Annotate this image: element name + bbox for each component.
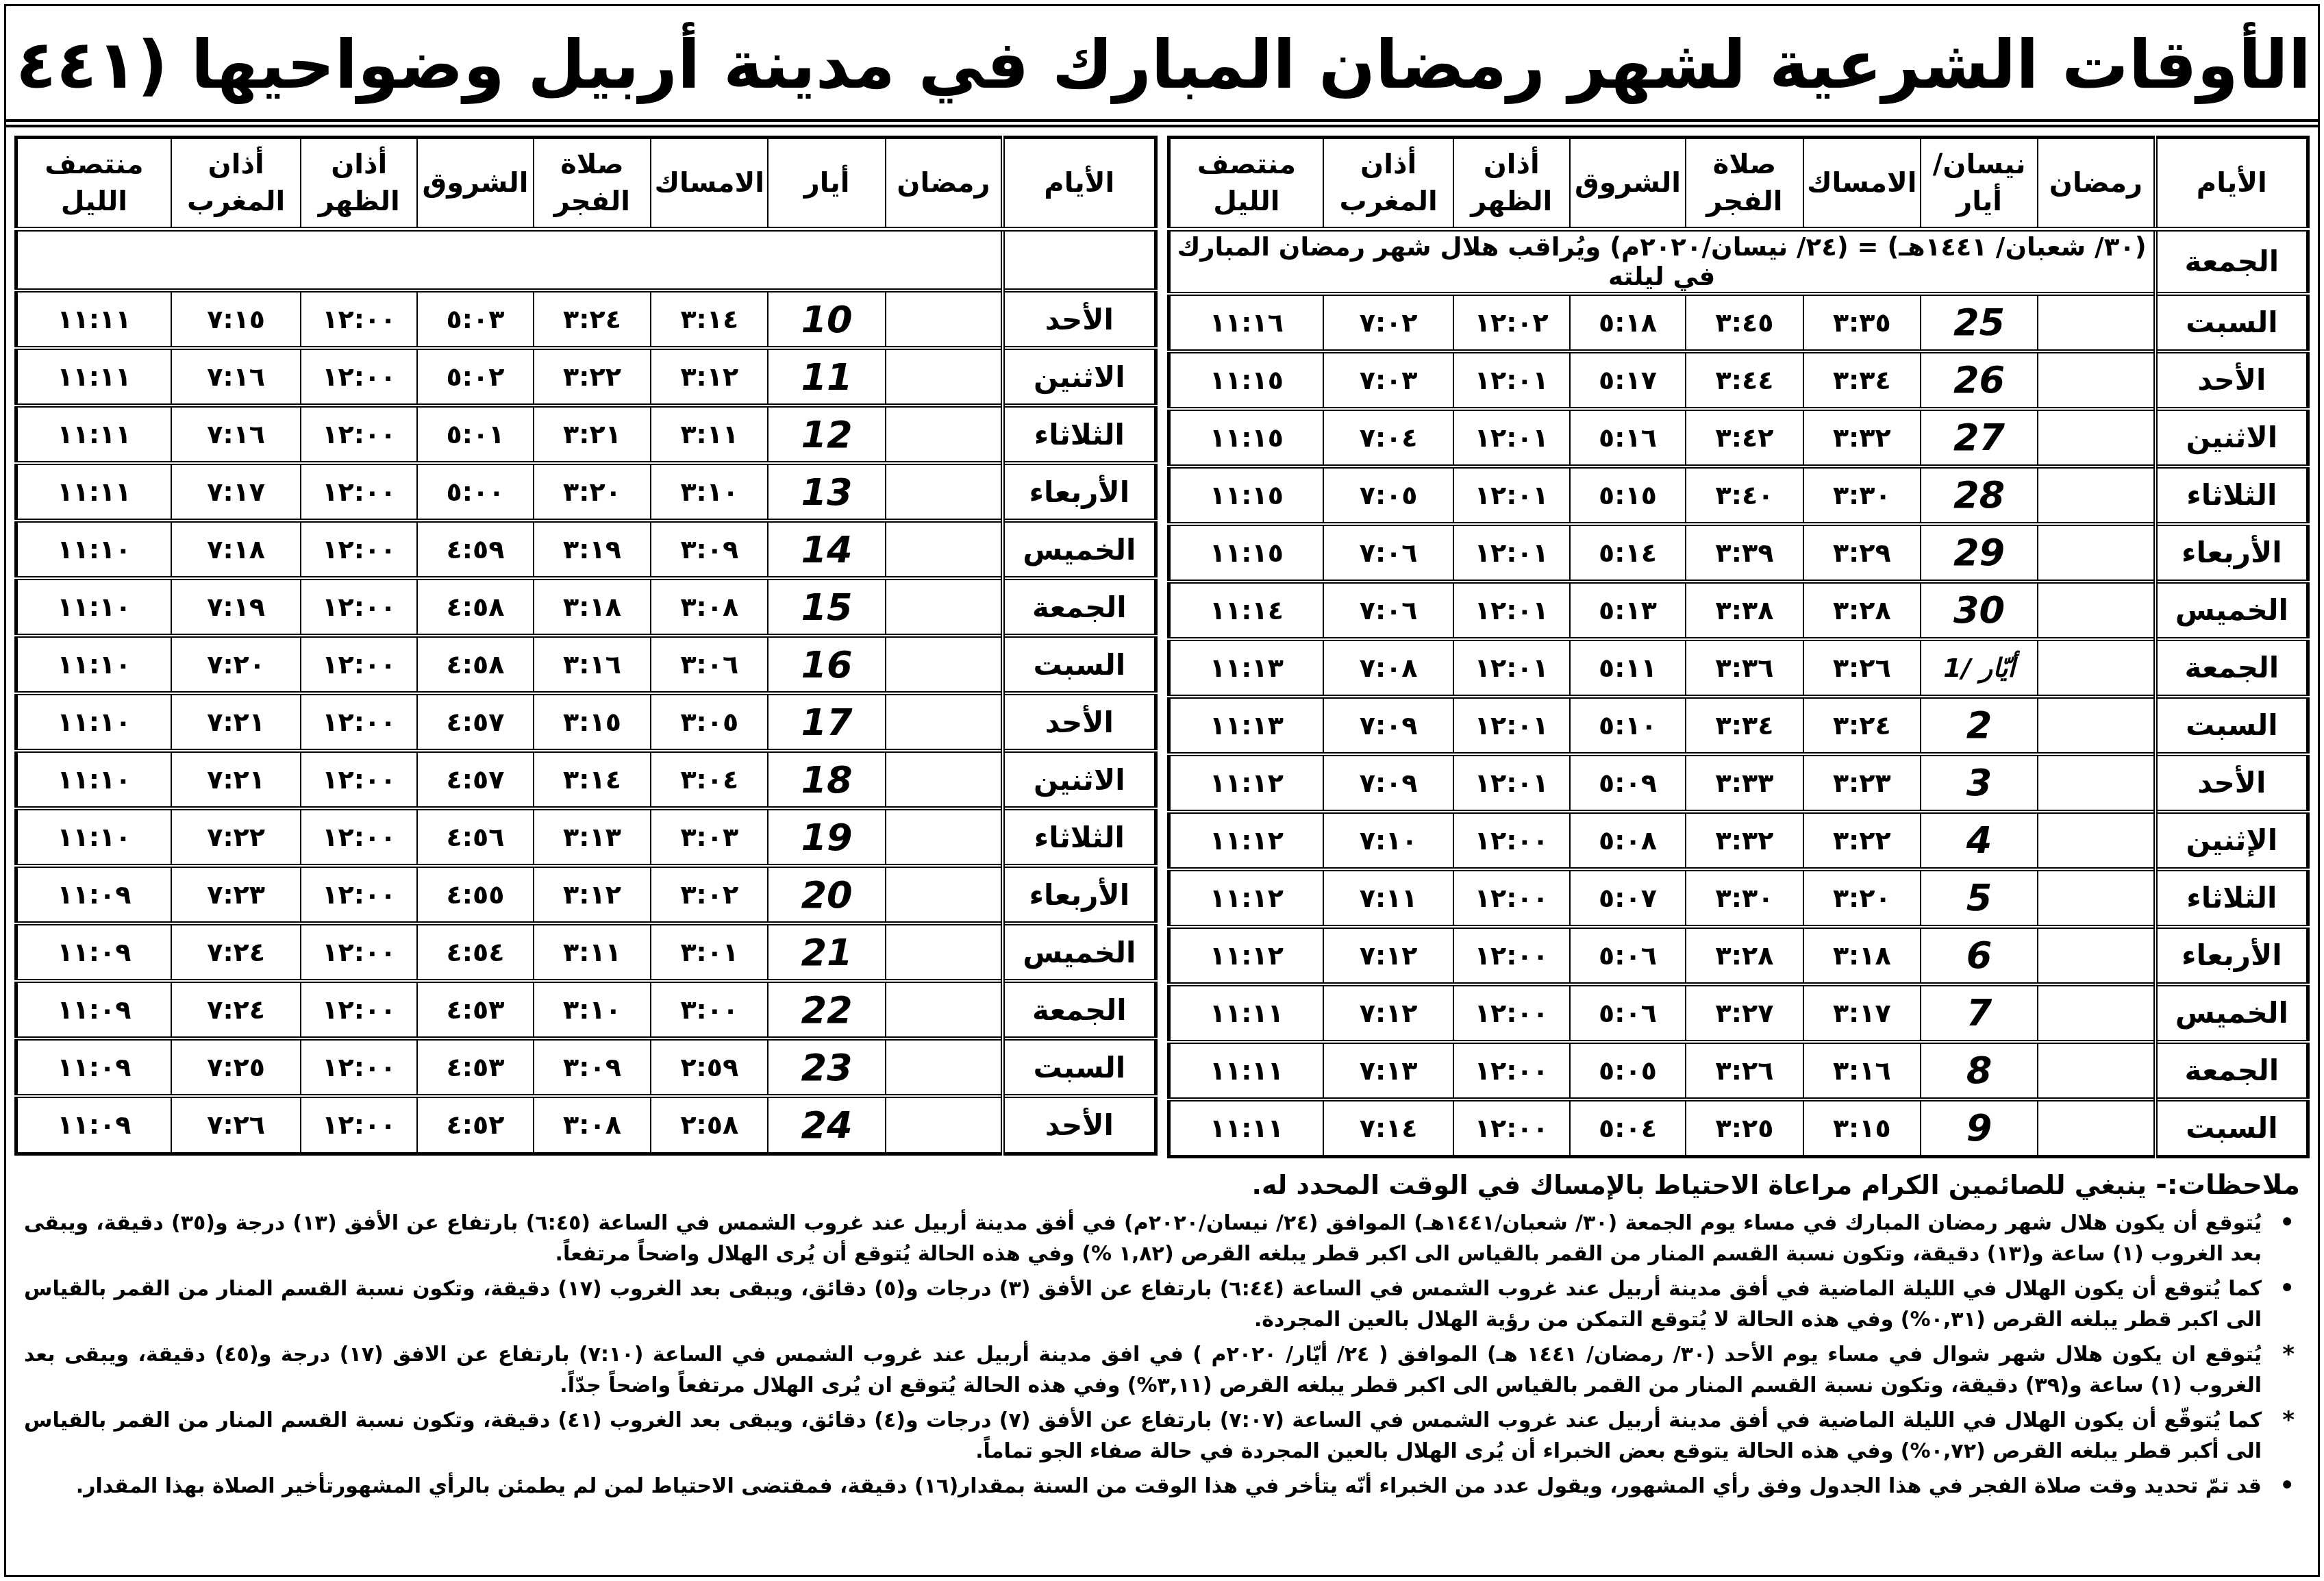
cell-midnight: ١١:١٢ [1169, 869, 1323, 927]
cell-fajr: ٣:١١ [534, 923, 651, 981]
cell-day: الجمعة [2156, 1042, 2308, 1099]
second-half-wrap: الأيامرمضانأيارالامساكصلاة الفجرالشروقأذ… [14, 136, 1158, 1156]
cell-imsak: ٣:٢٩ [1803, 524, 1921, 582]
cell-fajr: ٣:٤٢ [1686, 409, 1803, 466]
cell-maghrib: ٧:٢١ [171, 693, 301, 751]
cell-sunrise: ٤:٥٤ [417, 923, 534, 981]
cell-imsak: ٣:٠٢ [651, 866, 768, 923]
cell-date: 16 [768, 636, 885, 693]
cell-date: 28 [1921, 466, 2038, 524]
table-row: الثلاثاء5٣:٢٠٣:٣٠٥:٠٧١٢:٠٠٧:١١١١:١٢ [1169, 869, 2308, 927]
cell-fajr: ٣:٤٠ [1686, 466, 1803, 524]
cell-sunrise: ٥:٠٦ [1570, 984, 1686, 1042]
cell-midnight: ١١:١١ [1169, 984, 1323, 1042]
cell-sunrise: ٥:٠١ [417, 406, 534, 463]
cell-dhuhr: ١٢:٠٢ [1453, 294, 1570, 351]
cell-ramadan [886, 981, 1003, 1038]
cell-day: الثلاثاء [2156, 869, 2308, 927]
cell-fajr: ٣:٢٦ [1686, 1042, 1803, 1099]
cell-imsak: ٣:١٤ [651, 290, 768, 348]
cell-dhuhr: ١٢:٠٠ [301, 808, 417, 866]
table-row: الخميس14٣:٠٩٣:١٩٤:٥٩١٢:٠٠٧:١٨١١:١٠ [16, 521, 1156, 578]
cell-day: الأربعاء [2156, 524, 2308, 582]
cell-imsak: ٣:٢٨ [1803, 582, 1921, 639]
cell-ramadan [2038, 582, 2155, 639]
col-header-fajr: صلاة الفجر [1686, 137, 1803, 229]
table-row: الأحد10٣:١٤٣:٢٤٥:٠٣١٢:٠٠٧:١٥١١:١١ [16, 290, 1156, 348]
cell-day [1003, 229, 1155, 290]
bullet-marker: • [2279, 1273, 2295, 1304]
table-row: الاثنين27٣:٣٢٣:٤٢٥:١٦١٢:٠١٧:٠٤١١:١٥ [1169, 409, 2308, 466]
cell-ramadan [886, 808, 1003, 866]
table-row: الأحد3٣:٢٣٣:٣٣٥:٠٩١٢:٠١٧:٠٩١١:١٢ [1169, 754, 2308, 812]
cell-dhuhr: ١٢:٠٠ [301, 290, 417, 348]
col-header-dhuhr: أذان الظهر [301, 137, 417, 229]
cell-date: 22 [768, 981, 885, 1038]
col-header-day: الأيام [2156, 137, 2308, 229]
cell-midnight: ١١:١٠ [16, 693, 171, 751]
cell-maghrib: ٧:٠٨ [1323, 639, 1453, 697]
cell-sunrise: ٤:٥٨ [417, 578, 534, 636]
cell-midnight: ١١:١٢ [1169, 927, 1323, 984]
cell-dhuhr: ١٢:٠٠ [301, 923, 417, 981]
cell-imsak: ٣:٠٦ [651, 636, 768, 693]
cell-day: الاثنين [1003, 751, 1155, 808]
cell-imsak: ٣:٠١ [651, 923, 768, 981]
cell-date: 29 [1921, 524, 2038, 582]
table-row: الاثنين11٣:١٢٣:٢٢٥:٠٢١٢:٠٠٧:١٦١١:١١ [16, 348, 1156, 406]
cell-dhuhr: ١٢:٠٠ [1453, 1099, 1570, 1157]
cell-midnight: ١١:١٢ [1169, 754, 1323, 812]
first-half-table: الأيامرمضاننيسان/ أيارالامساكصلاة الفجرا… [1167, 136, 2310, 1159]
cell-fajr: ٣:٢٥ [1686, 1099, 1803, 1157]
cell-maghrib: ٧:٠٤ [1323, 409, 1453, 466]
cell-midnight: ١١:١١ [16, 463, 171, 521]
cell-maghrib: ٧:٠٩ [1323, 697, 1453, 754]
cell-day: الأحد [1003, 1096, 1155, 1154]
col-header-sunrise: الشروق [1570, 137, 1686, 229]
cell-fajr: ٣:٤٥ [1686, 294, 1803, 351]
cell-maghrib: ٧:٠٦ [1323, 524, 1453, 582]
col-header-dhuhr: أذان الظهر [1453, 137, 1570, 229]
cell-ramadan [886, 521, 1003, 578]
cell-imsak: ٣:٢٣ [1803, 754, 1921, 812]
col-header-imsak: الامساك [651, 137, 768, 229]
table-row: السبت2٣:٢٤٣:٣٤٥:١٠١٢:٠١٧:٠٩١١:١٣ [1169, 697, 2308, 754]
cell-day: السبت [1003, 636, 1155, 693]
cell-midnight: ١١:١٣ [1169, 697, 1323, 754]
cell-ramadan [886, 751, 1003, 808]
document-frame: الأوقات الشرعية لشهر رمضان المبارك في مد… [4, 4, 2320, 1577]
cell-fajr: ٣:٣٤ [1686, 697, 1803, 754]
bullet-marker: • [2279, 1471, 2295, 1501]
cell-imsak: ٣:٣٥ [1803, 294, 1921, 351]
cell-dhuhr: ١٢:٠٠ [301, 1096, 417, 1154]
cell-day: الخميس [2156, 984, 2308, 1042]
cell-dhuhr: ١٢:٠٠ [1453, 812, 1570, 869]
cell-date: 30 [1921, 582, 2038, 639]
cell-midnight: ١١:١٢ [1169, 812, 1323, 869]
cell-midnight: ١١:١١ [1169, 1042, 1323, 1099]
cell-ramadan [2038, 812, 2155, 869]
cell-sunrise: ٥:١٧ [1570, 351, 1686, 409]
cell-date: 2 [1921, 697, 2038, 754]
cell-midnight: ١١:١١ [16, 290, 171, 348]
cell-fajr: ٣:١٩ [534, 521, 651, 578]
cell-midnight: ١١:١١ [16, 348, 171, 406]
cell-day: الأربعاء [2156, 927, 2308, 984]
col-header-sunrise: الشروق [417, 137, 534, 229]
cell-maghrib: ٧:٢٢ [171, 808, 301, 866]
cell-sunrise: ٤:٥٨ [417, 636, 534, 693]
title-bar: الأوقات الشرعية لشهر رمضان المبارك في مد… [6, 6, 2318, 127]
cell-ramadan [2038, 639, 2155, 697]
cell-imsak: ٣:٣٠ [1803, 466, 1921, 524]
col-header-fajr: صلاة الفجر [534, 137, 651, 229]
cell-midnight: ١١:١٠ [16, 521, 171, 578]
cell-date: 23 [768, 1038, 885, 1096]
note-item-2: •كما يُتوقع أن يكون الهلال في الليلة الم… [24, 1273, 2300, 1335]
col-header-date: نيسان/ أيار [1921, 137, 2038, 229]
timetables: الأيامرمضاننيسان/ أيارالامساكصلاة الفجرا… [14, 136, 2310, 1159]
cell-midnight: ١١:١٠ [16, 578, 171, 636]
cell-sunrise: ٤:٥٧ [417, 751, 534, 808]
cell-maghrib: ٧:١٥ [171, 290, 301, 348]
cell-maghrib: ٧:٠٣ [1323, 351, 1453, 409]
cell-date: 17 [768, 693, 885, 751]
note-item-1: •يُتوقع أن يكون هلال شهر رمضان المبارك ف… [24, 1208, 2300, 1269]
cell-imsak: ٣:٠٤ [651, 751, 768, 808]
cell-fajr: ٣:٣٢ [1686, 812, 1803, 869]
hilal-note-row: الجمعة(٣٠/ شعبان/ ١٤٤١هـ) = (٢٤/ نيسان/٢… [1169, 229, 2308, 294]
cell-ramadan [886, 290, 1003, 348]
cell-maghrib: ٧:٢٤ [171, 923, 301, 981]
cell-day: الثلاثاء [1003, 808, 1155, 866]
notes-label: ملاحظات:- [2156, 1169, 2300, 1201]
cell-maghrib: ٧:١٢ [1323, 927, 1453, 984]
cell-imsak: ٢:٥٩ [651, 1038, 768, 1096]
notes-heading: ملاحظات:- ينبغي للصائمين الكرام مراعاة ا… [24, 1169, 2300, 1201]
cell-imsak: ٣:٣٤ [1803, 351, 1921, 409]
bullet-marker: • [2279, 1208, 2295, 1238]
note-item-3: *يُتوقع ان يكون هلال شهر شوال في مساء يو… [24, 1339, 2300, 1401]
cell-ramadan [2038, 524, 2155, 582]
cell-date: 19 [768, 808, 885, 866]
cell-maghrib: ٧:٢١ [171, 751, 301, 808]
cell-date: 26 [1921, 351, 2038, 409]
cell-dhuhr: ١٢:٠٠ [301, 406, 417, 463]
table-row: الجمعة1/ أيّار٣:٢٦٣:٣٦٥:١١١٢:٠١٧:٠٨١١:١٣ [1169, 639, 2308, 697]
cell-imsak: ٣:٠٥ [651, 693, 768, 751]
cell-ramadan [2038, 466, 2155, 524]
table-row: الثلاثاء28٣:٣٠٣:٤٠٥:١٥١٢:٠١٧:٠٥١١:١٥ [1169, 466, 2308, 524]
cell-sunrise: ٥:٠٥ [1570, 1042, 1686, 1099]
cell-midnight: ١١:٠٩ [16, 1096, 171, 1154]
cell-fajr: ٣:٣٣ [1686, 754, 1803, 812]
cell-day: الإثنين [2156, 812, 2308, 869]
cell-sunrise: ٥:٠٤ [1570, 1099, 1686, 1157]
cell-dhuhr: ١٢:٠٠ [1453, 1042, 1570, 1099]
cell-midnight: ١١:١٥ [1169, 524, 1323, 582]
cell-imsak: ٣:١١ [651, 406, 768, 463]
cell-midnight: ١١:١١ [1169, 1099, 1323, 1157]
cell-fajr: ٣:١٨ [534, 578, 651, 636]
cell-dhuhr: ١٢:٠٠ [301, 348, 417, 406]
table-row: الأحد24٢:٥٨٣:٠٨٤:٥٢١٢:٠٠٧:٢٦١١:٠٩ [16, 1096, 1156, 1154]
cell-ramadan [886, 1096, 1003, 1154]
cell-maghrib: ٧:١٦ [171, 406, 301, 463]
cell-day: الأحد [1003, 290, 1155, 348]
cell-imsak: ٣:٣٢ [1803, 409, 1921, 466]
cell-date: 11 [768, 348, 885, 406]
cell-date: 15 [768, 578, 885, 636]
cell-fajr: ٣:١٢ [534, 866, 651, 923]
cell-fajr: ٣:٤٤ [1686, 351, 1803, 409]
cell-fajr: ٣:١٥ [534, 693, 651, 751]
cell-sunrise: ٥:١١ [1570, 639, 1686, 697]
cell-fajr: ٣:٢١ [534, 406, 651, 463]
cell-imsak: ٣:٢٤ [1803, 697, 1921, 754]
cell-maghrib: ٧:١٢ [1323, 984, 1453, 1042]
col-header-day: الأيام [1003, 137, 1155, 229]
cell-ramadan [886, 578, 1003, 636]
cell-ramadan [886, 923, 1003, 981]
cell-fajr: ٣:١٤ [534, 751, 651, 808]
cell-ramadan [886, 693, 1003, 751]
cell-dhuhr: ١٢:٠١ [1453, 639, 1570, 697]
cell-sunrise: ٥:٠٨ [1570, 812, 1686, 869]
cell-fajr: ٣:٢٨ [1686, 927, 1803, 984]
cell-dhuhr: ١٢:٠١ [1453, 351, 1570, 409]
cell-midnight: ١١:١٠ [16, 751, 171, 808]
cell-fajr: ٣:٠٩ [534, 1038, 651, 1096]
cell-ramadan [2038, 984, 2155, 1042]
cell-maghrib: ٧:١٦ [171, 348, 301, 406]
cell-imsak: ٣:١٧ [1803, 984, 1921, 1042]
cell-sunrise: ٤:٥٧ [417, 693, 534, 751]
cell-maghrib: ٧:١٨ [171, 521, 301, 578]
cell-imsak: ٢:٥٨ [651, 1096, 768, 1154]
col-header-date: أيار [768, 137, 885, 229]
cell-fajr: ٣:٣٩ [1686, 524, 1803, 582]
cell-day: الجمعة [1003, 981, 1155, 1038]
cell-day: السبت [2156, 294, 2308, 351]
table-row: السبت16٣:٠٦٣:١٦٤:٥٨١٢:٠٠٧:٢٠١١:١٠ [16, 636, 1156, 693]
cell-maghrib: ٧:١١ [1323, 869, 1453, 927]
cell-dhuhr: ١٢:٠٠ [301, 636, 417, 693]
cell-imsak: ٣:١٠ [651, 463, 768, 521]
col-header-midnight: منتصف الليل [1169, 137, 1323, 229]
hilal-note-row [16, 229, 1156, 290]
cell-date: 6 [1921, 927, 2038, 984]
table-row: الجمعة22٣:٠٠٣:١٠٤:٥٣١٢:٠٠٧:٢٤١١:٠٩ [16, 981, 1156, 1038]
cell-maghrib: ٧:٠٥ [1323, 466, 1453, 524]
cell-sunrise: ٤:٥٣ [417, 1038, 534, 1096]
note-text: كما يُتوقّع أن يكون الهلال في الليلة الم… [24, 1408, 2262, 1463]
hilal-note-text [16, 229, 1003, 290]
cell-sunrise: ٤:٥٥ [417, 866, 534, 923]
cell-sunrise: ٤:٥٩ [417, 521, 534, 578]
cell-sunrise: ٥:١٤ [1570, 524, 1686, 582]
cell-day: الثلاثاء [2156, 466, 2308, 524]
page-title: الأوقات الشرعية لشهر رمضان المبارك في مد… [13, 17, 2311, 114]
note-text: يُتوقع أن يكون هلال شهر رمضان المبارك في… [24, 1211, 2262, 1266]
table-row: الجمعة8٣:١٦٣:٢٦٥:٠٥١٢:٠٠٧:١٣١١:١١ [1169, 1042, 2308, 1099]
cell-day: السبت [2156, 697, 2308, 754]
cell-date: 5 [1921, 869, 2038, 927]
cell-ramadan [2038, 754, 2155, 812]
cell-date: 24 [768, 1096, 885, 1154]
cell-ramadan [886, 463, 1003, 521]
cell-day: الخميس [1003, 521, 1155, 578]
notes-list: •يُتوقع أن يكون هلال شهر رمضان المبارك ف… [24, 1208, 2300, 1502]
cell-maghrib: ٧:٠٦ [1323, 582, 1453, 639]
cell-ramadan [886, 406, 1003, 463]
cell-day: الأحد [2156, 754, 2308, 812]
cell-dhuhr: ١٢:٠٠ [1453, 869, 1570, 927]
cell-midnight: ١١:٠٩ [16, 923, 171, 981]
cell-day: الاثنين [2156, 409, 2308, 466]
cell-dhuhr: ١٢:٠١ [1453, 409, 1570, 466]
col-header-ramadan: رمضان [886, 137, 1003, 229]
cell-midnight: ١١:١٠ [16, 636, 171, 693]
header-row: الأيامرمضانأيارالامساكصلاة الفجرالشروقأذ… [16, 137, 1156, 229]
cell-imsak: ٣:٠٩ [651, 521, 768, 578]
cell-maghrib: ٧:٠٩ [1323, 754, 1453, 812]
cell-midnight: ١١:١٣ [1169, 639, 1323, 697]
cell-day: الخميس [2156, 582, 2308, 639]
cell-ramadan [2038, 869, 2155, 927]
note-item-4: *كما يُتوقّع أن يكون الهلال في الليلة ال… [24, 1405, 2300, 1467]
cell-sunrise: ٥:١٥ [1570, 466, 1686, 524]
table-row: الإثنين4٣:٢٢٣:٣٢٥:٠٨١٢:٠٠٧:١٠١١:١٢ [1169, 812, 2308, 869]
cell-maghrib: ٧:١٧ [171, 463, 301, 521]
col-header-maghrib: أذان المغرب [1323, 137, 1453, 229]
cell-maghrib: ٧:١٩ [171, 578, 301, 636]
table-row: الأربعاء20٣:٠٢٣:١٢٤:٥٥١٢:٠٠٧:٢٣١١:٠٩ [16, 866, 1156, 923]
cell-dhuhr: ١٢:٠٠ [301, 751, 417, 808]
cell-dhuhr: ١٢:٠٠ [1453, 984, 1570, 1042]
cell-date: 13 [768, 463, 885, 521]
cell-dhuhr: ١٢:٠٠ [1453, 927, 1570, 984]
cell-dhuhr: ١٢:٠٠ [301, 693, 417, 751]
header-row: الأيامرمضاننيسان/ أيارالامساكصلاة الفجرا… [1169, 137, 2308, 229]
table-row: الأربعاء29٣:٢٩٣:٣٩٥:١٤١٢:٠١٧:٠٦١١:١٥ [1169, 524, 2308, 582]
cell-day: الجمعة [1003, 578, 1155, 636]
table-row: الخميس30٣:٢٨٣:٣٨٥:١٣١٢:٠١٧:٠٦١١:١٤ [1169, 582, 2308, 639]
cell-day: السبت [2156, 1099, 2308, 1157]
cell-date: 27 [1921, 409, 2038, 466]
cell-midnight: ١١:١٦ [1169, 294, 1323, 351]
cell-imsak: ٣:٢٢ [1803, 812, 1921, 869]
cell-maghrib: ٧:٢٦ [171, 1096, 301, 1154]
cell-imsak: ٣:٢٦ [1803, 639, 1921, 697]
cell-maghrib: ٧:١٣ [1323, 1042, 1453, 1099]
cell-midnight: ١١:١١ [16, 406, 171, 463]
cell-date: 20 [768, 866, 885, 923]
table-row: الخميس7٣:١٧٣:٢٧٥:٠٦١٢:٠٠٧:١٢١١:١١ [1169, 984, 2308, 1042]
cell-fajr: ٣:١٠ [534, 981, 651, 1038]
cell-sunrise: ٥:١٨ [1570, 294, 1686, 351]
cell-date: 21 [768, 923, 885, 981]
cell-ramadan [886, 866, 1003, 923]
note-text: كما يُتوقع أن يكون الهلال في الليلة الما… [24, 1277, 2262, 1332]
cell-ramadan [2038, 927, 2155, 984]
cell-sunrise: ٤:٥٣ [417, 981, 534, 1038]
cell-maghrib: ٧:٠٢ [1323, 294, 1453, 351]
cell-imsak: ٣:١٨ [1803, 927, 1921, 984]
hilal-note-text: (٣٠/ شعبان/ ١٤٤١هـ) = (٢٤/ نيسان/٢٠٢٠م) … [1169, 229, 2156, 294]
cell-day: الجمعة [2156, 639, 2308, 697]
cell-day: السبت [1003, 1038, 1155, 1096]
note-text: قد تمّ تحديد وقت صلاة الفجر في هذا الجدو… [76, 1474, 2262, 1498]
table-row: السبت23٢:٥٩٣:٠٩٤:٥٣١٢:٠٠٧:٢٥١١:٠٩ [16, 1038, 1156, 1096]
note-item-5: •قد تمّ تحديد وقت صلاة الفجر في هذا الجد… [24, 1471, 2300, 1502]
cell-imsak: ٣:٠٨ [651, 578, 768, 636]
cell-fajr: ٣:٢٧ [1686, 984, 1803, 1042]
table-row: السبت25٣:٣٥٣:٤٥٥:١٨١٢:٠٢٧:٠٢١١:١٦ [1169, 294, 2308, 351]
table-row: السبت9٣:١٥٣:٢٥٥:٠٤١٢:٠٠٧:١٤١١:١١ [1169, 1099, 2308, 1157]
table-row: الخميس21٣:٠١٣:١١٤:٥٤١٢:٠٠٧:٢٤١١:٠٩ [16, 923, 1156, 981]
cell-fajr: ٣:٣٦ [1686, 639, 1803, 697]
table-row: الثلاثاء19٣:٠٣٣:١٣٤:٥٦١٢:٠٠٧:٢٢١١:١٠ [16, 808, 1156, 866]
cell-ramadan [886, 348, 1003, 406]
cell-ramadan [2038, 1042, 2155, 1099]
cell-date: 18 [768, 751, 885, 808]
cell-fajr: ٣:٠٨ [534, 1096, 651, 1154]
cell-dhuhr: ١٢:٠٠ [301, 578, 417, 636]
cell-date: 3 [1921, 754, 2038, 812]
cell-fajr: ٣:٢٤ [534, 290, 651, 348]
cell-midnight: ١١:٠٩ [16, 981, 171, 1038]
cell-ramadan [2038, 1099, 2155, 1157]
cell-fajr: ٣:٣٨ [1686, 582, 1803, 639]
note-text: يُتوقع ان يكون هلال شهر شوال في مساء يوم… [24, 1343, 2262, 1397]
cell-date: 9 [1921, 1099, 2038, 1157]
cell-sunrise: ٥:٠٢ [417, 348, 534, 406]
col-header-imsak: الامساك [1803, 137, 1921, 229]
cell-sunrise: ٥:٠٣ [417, 290, 534, 348]
cell-dhuhr: ١٢:٠٠ [301, 981, 417, 1038]
cell-day: الاثنين [1003, 348, 1155, 406]
cell-date: 8 [1921, 1042, 2038, 1099]
table-row: الثلاثاء12٣:١١٣:٢١٥:٠١١٢:٠٠٧:١٦١١:١١ [16, 406, 1156, 463]
cell-sunrise: ٥:١٦ [1570, 409, 1686, 466]
cell-date: 12 [768, 406, 885, 463]
cell-date: 7 [1921, 984, 2038, 1042]
cell-fajr: ٣:١٦ [534, 636, 651, 693]
cell-day: الجمعة [2156, 229, 2308, 294]
cell-ramadan [2038, 351, 2155, 409]
cell-dhuhr: ١٢:٠٠ [301, 463, 417, 521]
cell-midnight: ١١:١٤ [1169, 582, 1323, 639]
cell-dhuhr: ١٢:٠١ [1453, 754, 1570, 812]
cell-ramadan [2038, 409, 2155, 466]
cell-day: الأحد [2156, 351, 2308, 409]
cell-fajr: ٣:٢٠ [534, 463, 651, 521]
cell-maghrib: ٧:٢٠ [171, 636, 301, 693]
cell-midnight: ١١:١٠ [16, 808, 171, 866]
cell-date: 4 [1921, 812, 2038, 869]
cell-maghrib: ٧:٢٥ [171, 1038, 301, 1096]
cell-sunrise: ٥:١٠ [1570, 697, 1686, 754]
cell-maghrib: ٧:١٤ [1323, 1099, 1453, 1157]
cell-date: 1/ أيّار [1921, 639, 2038, 697]
cell-day: الأربعاء [1003, 463, 1155, 521]
cell-dhuhr: ١٢:٠١ [1453, 582, 1570, 639]
first-half-wrap: الأيامرمضاننيسان/ أيارالامساكصلاة الفجرا… [1167, 136, 2310, 1159]
cell-imsak: ٣:١٥ [1803, 1099, 1921, 1157]
